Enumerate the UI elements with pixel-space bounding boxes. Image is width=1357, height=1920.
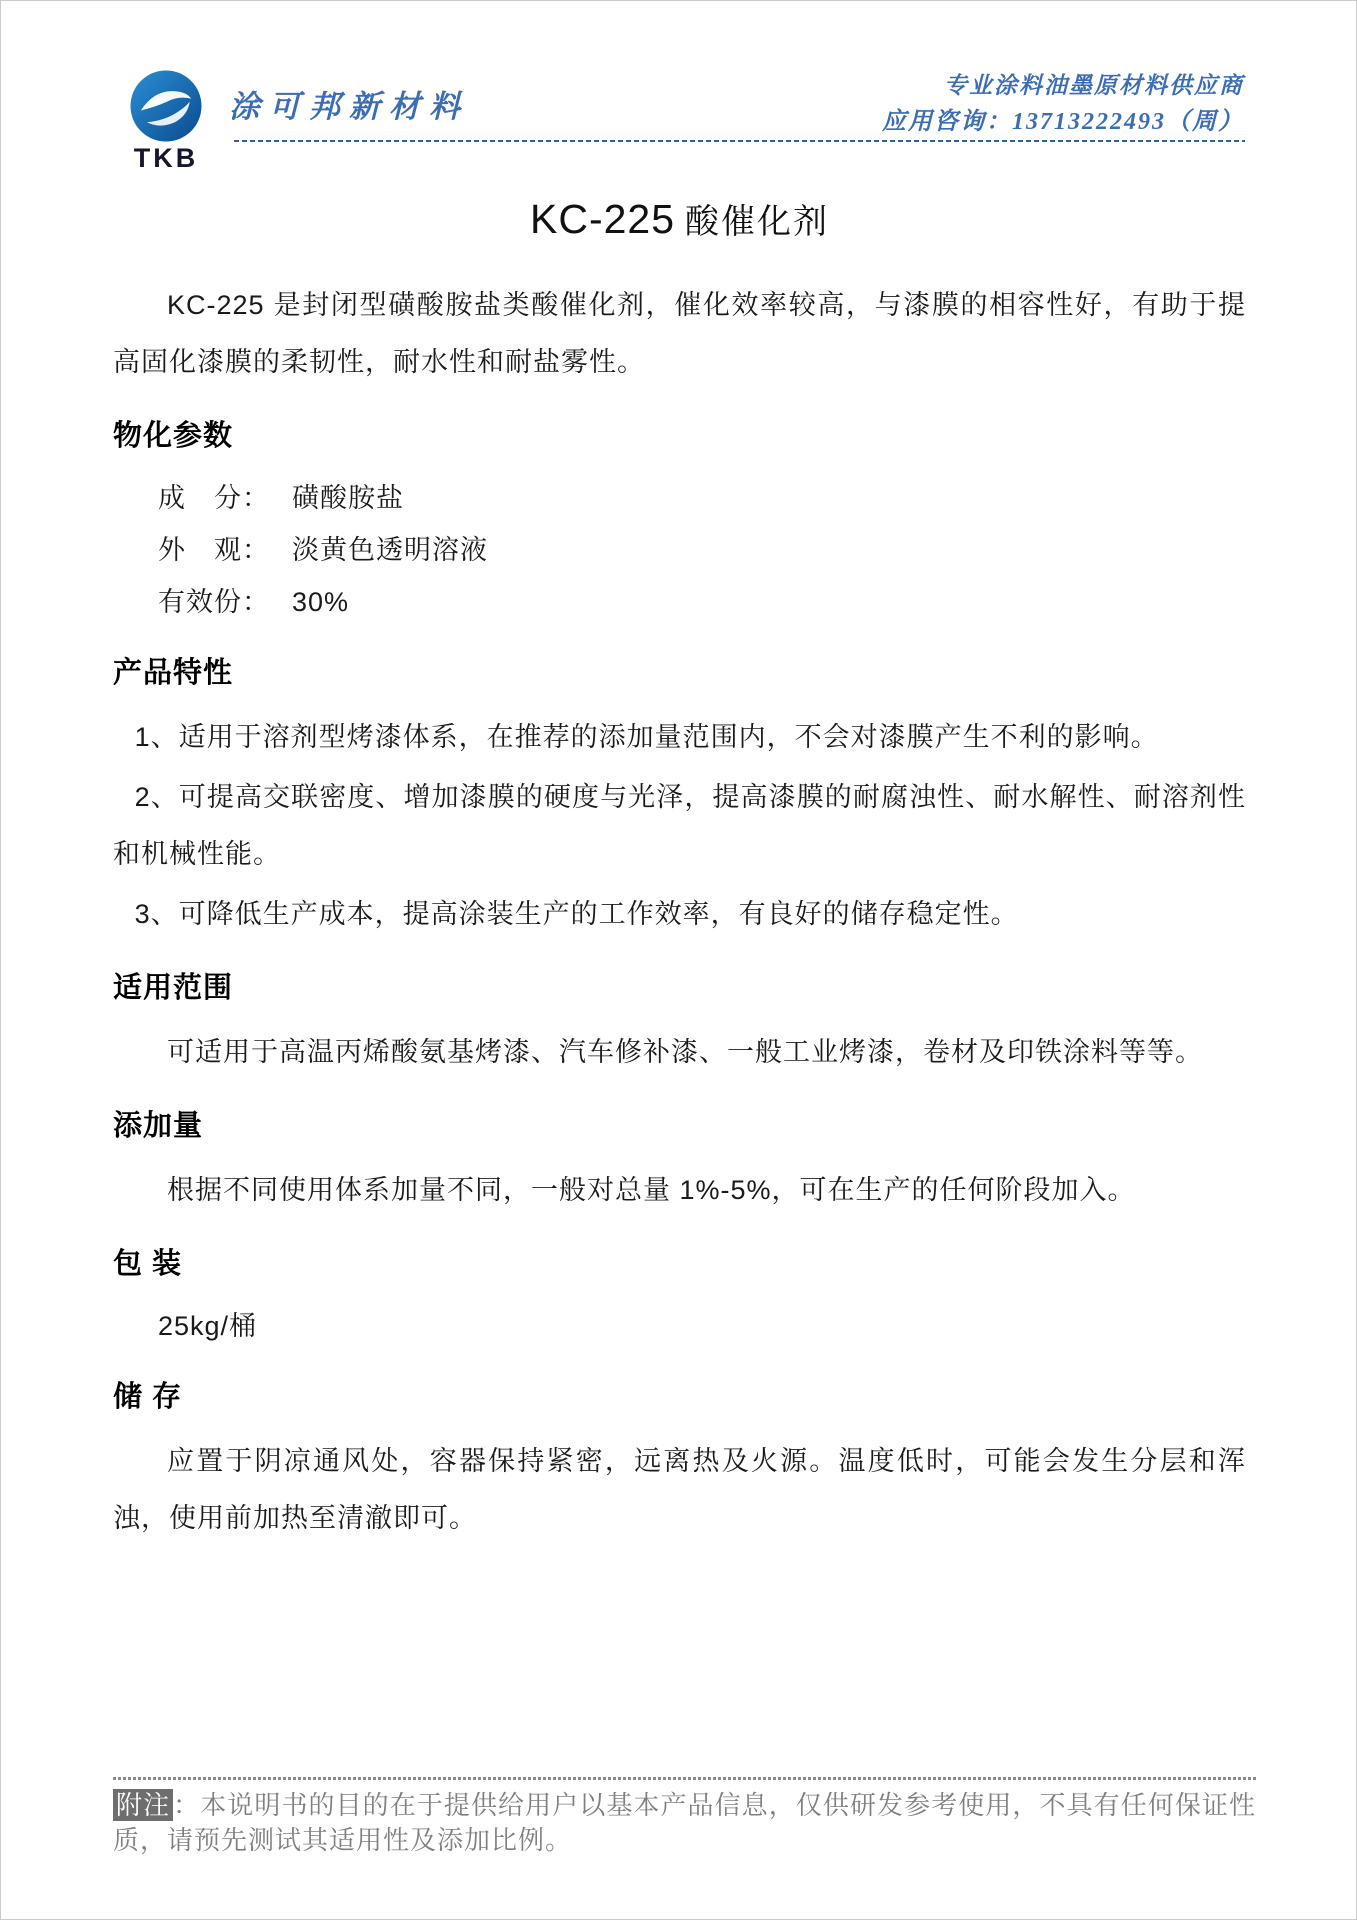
document-body: KC-225酸催化剂 KC-225 是封闭型磺酸胺盐类酸催化剂，催化效率较高，与…	[113, 176, 1246, 1547]
feature-item-1: 1、适用于溶剂型烤漆体系，在推荐的添加量范围内，不会对漆膜产生不利的影响。	[113, 709, 1246, 766]
datasheet-page: TKB 涂可邦新材料 专业涂料油墨原材料供应商 应用咨询：13713222493…	[0, 0, 1357, 1920]
note-badge: 附注	[113, 1789, 173, 1821]
footer-divider	[113, 1777, 1256, 1780]
section-heading-physchem: 物化参数	[113, 413, 1246, 454]
param-row-component: 成 分：磺酸胺盐	[113, 472, 1246, 524]
param-value: 磺酸胺盐	[292, 483, 404, 513]
storage-text: 应置于阴凉通风处，容器保持紧密，远离热及火源。温度低时，可能会发生分层和浑浊，使…	[113, 1433, 1246, 1547]
param-value: 30%	[292, 587, 349, 617]
brand-name: 涂可邦新材料	[229, 81, 469, 126]
note-text: ：本说明书的目的在于提供给用户以基本产品信息，仅供研发参考使用，不具有任何保证性…	[113, 1790, 1256, 1855]
tagline-supplier: 专业涂料油墨原材料供应商	[882, 67, 1244, 104]
param-row-appearance: 外 观：淡黄色透明溶液	[113, 524, 1246, 576]
param-label: 成 分：	[158, 472, 270, 524]
param-label: 外 观：	[158, 524, 270, 576]
feature-item-2: 2、可提高交联密度、增加漆膜的硬度与光泽，提高漆膜的耐腐浊性、耐水解性、耐溶剂性…	[113, 769, 1246, 883]
section-heading-application: 适用范围	[113, 965, 1246, 1006]
page-header: TKB 涂可邦新材料 专业涂料油墨原材料供应商 应用咨询：13713222493…	[1, 1, 1356, 176]
dosage-text: 根据不同使用体系加量不同，一般对总量 1%-5%，可在生产的任何阶段加入。	[113, 1162, 1246, 1219]
company-logo: TKB	[114, 69, 218, 172]
section-heading-packaging: 包 装	[113, 1241, 1246, 1282]
section-heading-storage: 储 存	[113, 1374, 1246, 1415]
param-value: 淡黄色透明溶液	[292, 535, 488, 565]
header-taglines: 专业涂料油墨原材料供应商 应用咨询：13713222493（周）	[882, 67, 1244, 141]
header-divider	[234, 140, 1245, 142]
intro-paragraph: KC-225 是封闭型磺酸胺盐类酸催化剂，催化效率较高，与漆膜的相容性好，有助于…	[113, 277, 1246, 391]
param-row-active-content: 有效份：30%	[113, 576, 1246, 628]
param-label: 有效份：	[158, 576, 270, 628]
product-name: 酸催化剂	[685, 203, 829, 241]
page-footer: 附注：本说明书的目的在于提供给用户以基本产品信息，仅供研发参考使用，不具有任何保…	[113, 1777, 1256, 1858]
feature-item-3: 3、可降低生产成本，提高涂装生产的工作效率，有良好的储存稳定性。	[113, 886, 1246, 943]
product-code: KC-225	[530, 196, 675, 242]
logo-text: TKB	[114, 145, 218, 172]
tagline-contact-phone: 应用咨询：13713222493（周）	[882, 104, 1244, 141]
disclaimer-note: 附注：本说明书的目的在于提供给用户以基本产品信息，仅供研发参考使用，不具有任何保…	[113, 1788, 1256, 1858]
page-title: KC-225酸催化剂	[113, 194, 1246, 243]
application-text: 可适用于高温丙烯酸氨基烤漆、汽车修补漆、一般工业烤漆，卷材及印铁涂料等等。	[113, 1024, 1246, 1081]
packaging-text: 25kg/桶	[113, 1300, 1246, 1352]
section-heading-dosage: 添加量	[113, 1103, 1246, 1144]
section-heading-features: 产品特性	[113, 650, 1246, 691]
tkb-globe-icon	[129, 69, 203, 143]
